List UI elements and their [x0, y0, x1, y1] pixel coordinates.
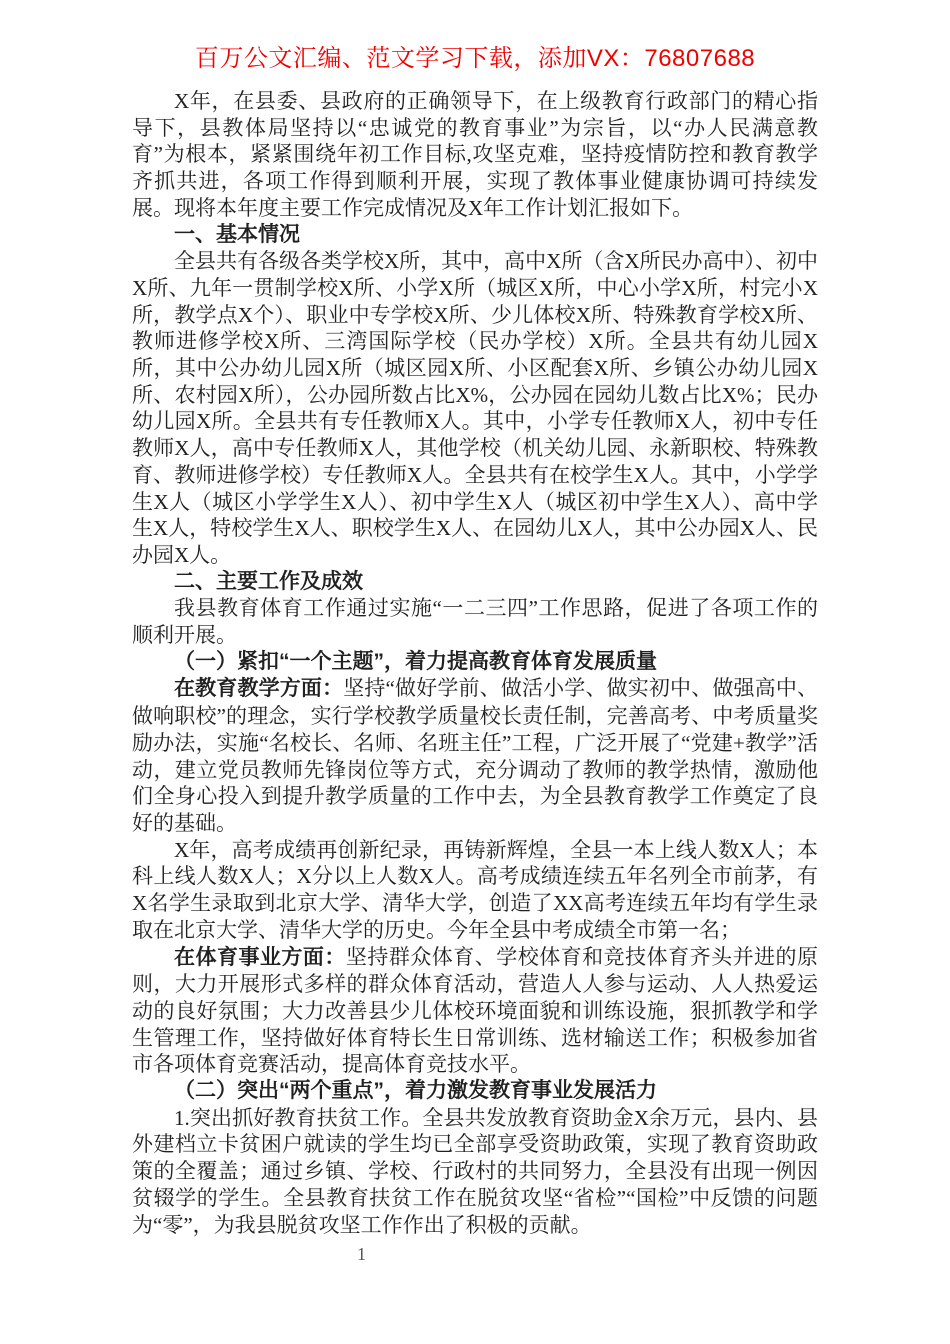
paragraph: 1.突出抓好教育扶贫工作。全县共发放教育资助金X余万元，县内、县外建档立卡贫困户…: [132, 1105, 818, 1239]
document-body: X年，在县委、县政府的正确领导下，在上级教育行政部门的精心指导下，县教体局坚持以…: [132, 88, 818, 1238]
page-number: 1: [357, 1244, 366, 1265]
paragraph: X年，在县委、县政府的正确领导下，在上级教育行政部门的精心指导下，县教体局坚持以…: [132, 88, 818, 222]
document-page: 百万公文汇编、范文学习下载，添加VX：76807688 X年，在县委、县政府的正…: [0, 0, 950, 1344]
paragraph-lead: 在体育事业方面：: [174, 946, 346, 969]
section-heading: （二）突出“两个重点”，着力激发教育事业发展活力: [132, 1078, 818, 1105]
paragraph: X年，高考成绩再创新纪录，再铸新辉煌，全县一本上线人数X人；本科上线人数X人；X…: [132, 837, 818, 944]
section-heading: （一）紧扣“一个主题”，着力提高教育体育发展质量: [132, 649, 818, 676]
paragraph: 我县教育体育工作通过实施“一二三四”工作思路，促进了各项工作的顺利开展。: [132, 595, 818, 648]
paragraph: 全县共有各级各类学校X所，其中，高中X所（含X所民办高中）、初中X所、九年一贯制…: [132, 248, 818, 568]
paragraph-lead: 在教育教学方面：: [174, 677, 343, 700]
promo-header-text: 百万公文汇编、范文学习下载，添加VX：76807688: [0, 44, 950, 74]
paragraph: 在体育事业方面：坚持群众体育、学校体育和竞技体育齐头并进的原则，大力开展形式多样…: [132, 944, 818, 1079]
section-heading: 一、基本情况: [132, 222, 818, 249]
section-heading: 二、主要工作及成效: [132, 569, 818, 596]
paragraph: 在教育教学方面：坚持“做好学前、做活小学、做实初中、做强高中、做响职校”的理念，…: [132, 675, 818, 836]
